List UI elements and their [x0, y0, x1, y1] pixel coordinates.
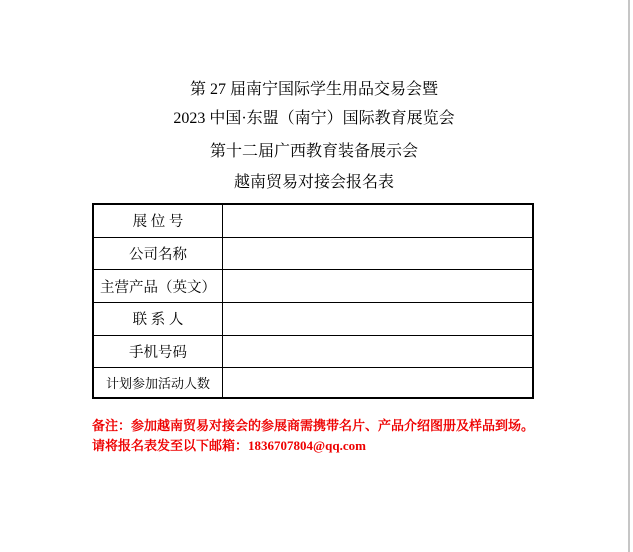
- row-label-booth-number: 展 位 号: [93, 204, 223, 237]
- table-row: 展 位 号: [93, 204, 533, 237]
- footer-note-line-2: 请将报名表发至以下邮箱：1836707804@qq.com: [92, 436, 534, 456]
- table-row: 手机号码: [93, 335, 533, 368]
- footer-note: 备注：参加越南贸易对接会的参展商需携带名片、产品介绍图册及样品到场。 请将报名表…: [92, 416, 534, 456]
- form-value-cell-planned-participants[interactable]: [223, 368, 534, 398]
- footer-note-line-1: 备注：参加越南贸易对接会的参展商需携带名片、产品介绍图册及样品到场。: [92, 416, 534, 436]
- table-row: 联 系 人: [93, 302, 533, 335]
- document-title-line-2: 2023 中国·东盟（南宁）国际教育展览会: [0, 110, 628, 128]
- page-right-edge-line: [628, 0, 630, 552]
- row-label-mobile-number: 手机号码: [93, 335, 223, 368]
- row-label-company-name: 公司名称: [93, 237, 223, 270]
- form-name-title: 越南贸易对接会报名表: [0, 174, 628, 192]
- document-title-line-1: 第 27 届南宁国际学生用品交易会暨: [0, 81, 628, 99]
- row-label-planned-participants: 计划参加活动人数: [93, 368, 223, 398]
- form-value-cell-booth-number[interactable]: [223, 204, 534, 237]
- row-label-contact-person: 联 系 人: [93, 302, 223, 335]
- table-row: 计划参加活动人数: [93, 368, 533, 398]
- footer-note-email-prefix: 请将报名表发至以下邮箱：: [92, 438, 248, 453]
- form-value-cell-contact-person[interactable]: [223, 302, 534, 335]
- form-value-cell-mobile-number[interactable]: [223, 335, 534, 368]
- contact-email-text: 1836707804@qq.com: [248, 438, 366, 453]
- form-value-cell-company-name[interactable]: [223, 237, 534, 270]
- document-title-line-3: 第十二届广西教育装备展示会: [0, 143, 628, 161]
- form-value-cell-main-products[interactable]: [223, 270, 534, 303]
- registration-form-table: 展 位 号 公司名称 主营产品（英文） 联 系 人 手机号码 计划参加活动人数: [92, 203, 534, 399]
- row-label-main-products: 主营产品（英文）: [93, 270, 223, 303]
- table-row: 主营产品（英文）: [93, 270, 533, 303]
- table-row: 公司名称: [93, 237, 533, 270]
